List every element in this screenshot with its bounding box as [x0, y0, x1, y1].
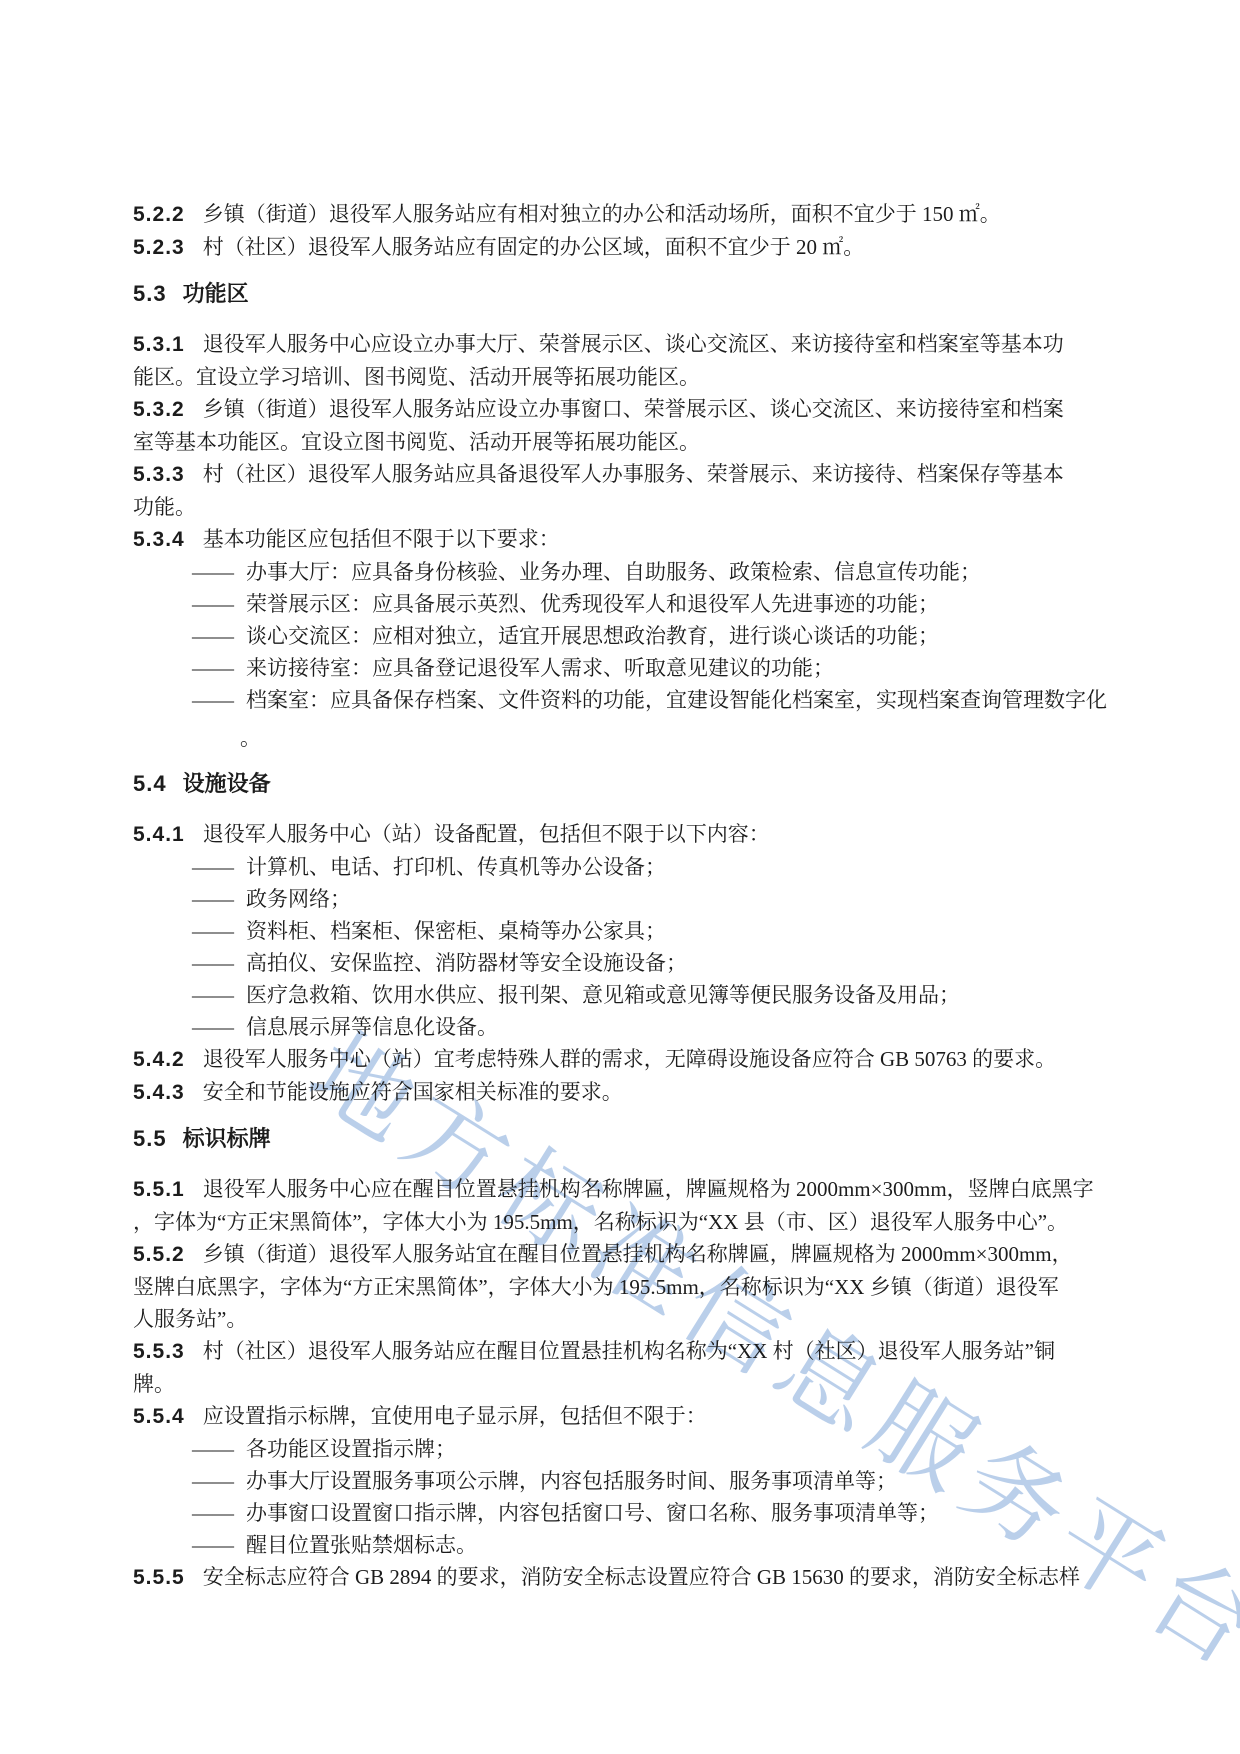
dash-item: ——办事大厅：应具备身份核验、业务办理、自助服务、政策检索、信息宣传功能；	[133, 556, 1130, 588]
dash-item: ——办事窗口设置窗口指示牌，内容包括窗口号、窗口名称、服务事项清单等；	[133, 1497, 1130, 1529]
clause-text: 退役军人服务中心应设立办事大厅、荣誉展示区、谈心交流区、来访接待室和档案室等基本…	[133, 332, 1064, 389]
dash-item: ——政务网络；	[133, 883, 1130, 915]
section-heading-5.4: 5.4设施设备	[133, 768, 1130, 800]
dash-item-text: 政务网络；	[246, 887, 351, 911]
dash-item: ——资料柜、档案柜、保密柜、桌椅等办公家具；	[133, 915, 1130, 947]
dash-item-text: 计算机、电话、打印机、传真机等办公设备；	[246, 855, 666, 879]
clause-text: 乡镇（街道）退役军人服务站应有相对独立的办公和活动场所，面积不宜少于 150 ㎡…	[203, 202, 1001, 226]
dash-item-text: 谈心交流区：应相对独立，适宜开展思想政治教育，进行谈心谈话的功能；	[246, 624, 939, 648]
clause-text: 退役军人服务中心（站）设备配置，包括但不限于以下内容：	[203, 822, 770, 846]
dash-glyph: ——	[192, 560, 234, 584]
dash-item-text: 荣誉展示区：应具备展示英烈、优秀现役军人和退役军人先进事迹的功能；	[246, 592, 939, 616]
dash-glyph: ——	[192, 656, 234, 680]
clause-5.5.4: 5.5.4应设置指示标牌，宜使用电子显示屏，包括但不限于：	[133, 1400, 1130, 1433]
dash-glyph: ——	[192, 919, 234, 943]
clause-text: 乡镇（街道）退役军人服务站宜在醒目位置悬挂机构名称牌匾，牌匾规格为 2000mm…	[133, 1242, 1073, 1331]
clause-number: 5.3.4	[133, 528, 185, 551]
clause-text: 应设置指示标牌，宜使用电子显示屏，包括但不限于：	[203, 1404, 707, 1428]
clause-number: 5.2.3	[133, 236, 185, 259]
dash-glyph: ——	[192, 1437, 234, 1461]
section-title: 设施设备	[183, 771, 271, 796]
dash-item: ——来访接待室：应具备登记退役军人需求、听取意见建议的功能；	[133, 652, 1130, 684]
clause-5.2.3: 5.2.3村（社区）退役军人服务站应有固定的办公区域，面积不宜少于 20 ㎡。	[133, 231, 1130, 264]
clause-number: 5.5.1	[133, 1178, 185, 1201]
clause-number: 5.5.2	[133, 1243, 185, 1266]
clause-text: 村（社区）退役军人服务站应在醒目位置悬挂机构名称为“XX 村（社区）退役军人服务…	[133, 1339, 1055, 1396]
dash-glyph: ——	[192, 1533, 234, 1557]
dash-item: ——计算机、电话、打印机、传真机等办公设备；	[133, 851, 1130, 883]
dash-glyph: ——	[192, 592, 234, 616]
dash-glyph: ——	[192, 688, 234, 712]
clause-5.3.3: 5.3.3村（社区）退役军人服务站应具备退役军人办事服务、荣誉展示、来访接待、档…	[133, 458, 1130, 523]
dash-glyph: ——	[192, 1469, 234, 1493]
clause-5.3.4: 5.3.4基本功能区应包括但不限于以下要求：	[133, 523, 1130, 556]
clause-number: 5.3.2	[133, 398, 185, 421]
clause-text: 安全和节能设施应符合国家相关标准的要求。	[203, 1080, 623, 1104]
dash-item: ——醒目位置张贴禁烟标志。	[133, 1529, 1130, 1561]
dash-glyph: ——	[192, 855, 234, 879]
dash-item: ——信息展示屏等信息化设备。	[133, 1011, 1130, 1043]
clause-text: 基本功能区应包括但不限于以下要求：	[203, 527, 560, 551]
dash-glyph: ——	[192, 887, 234, 911]
dash-item: ——办事大厅设置服务事项公示牌，内容包括服务时间、服务事项清单等；	[133, 1465, 1130, 1497]
dash-item: ——谈心交流区：应相对独立，适宜开展思想政治教育，进行谈心谈话的功能；	[133, 620, 1130, 652]
clause-number: 5.3.3	[133, 463, 185, 486]
clause-5.5.3: 5.5.3村（社区）退役军人服务站应在醒目位置悬挂机构名称为“XX 村（社区）退…	[133, 1335, 1130, 1400]
clause-number: 5.4.2	[133, 1048, 185, 1071]
clause-5.4.2: 5.4.2退役军人服务中心（站）宜考虑特殊人群的需求，无障碍设施设备应符合 GB…	[133, 1043, 1130, 1076]
clause-5.4.1: 5.4.1退役军人服务中心（站）设备配置，包括但不限于以下内容：	[133, 818, 1130, 851]
clause-text: 退役军人服务中心（站）宜考虑特殊人群的需求，无障碍设施设备应符合 GB 5076…	[203, 1047, 1056, 1071]
dash-glyph: ——	[192, 1501, 234, 1525]
dash-glyph: ——	[192, 624, 234, 648]
dash-glyph: ——	[192, 983, 234, 1007]
document-page: 地方标准信息服务平台 5.2.2乡镇（街道）退役军人服务站应有相对独立的办公和活…	[0, 0, 1240, 1754]
clause-number: 5.5.4	[133, 1405, 185, 1428]
document-content: 5.2.2乡镇（街道）退役军人服务站应有相对独立的办公和活动场所，面积不宜少于 …	[0, 0, 1240, 1594]
dash-glyph: ——	[192, 1015, 234, 1039]
dash-item: ——档案室：应具备保存档案、文件资料的功能，宜建设智能化档案室，实现档案查询管理…	[133, 684, 1130, 716]
clause-5.5.2: 5.5.2乡镇（街道）退役军人服务站宜在醒目位置悬挂机构名称牌匾，牌匾规格为 2…	[133, 1238, 1130, 1335]
dash-item-text: 办事大厅设置服务事项公示牌，内容包括服务时间、服务事项清单等；	[246, 1469, 897, 1493]
dash-item-text: 来访接待室：应具备登记退役军人需求、听取意见建议的功能；	[246, 656, 834, 680]
dash-item-text: 办事窗口设置窗口指示牌，内容包括窗口号、窗口名称、服务事项清单等；	[246, 1501, 939, 1525]
dash-item: ——荣誉展示区：应具备展示英烈、优秀现役军人和退役军人先进事迹的功能；	[133, 588, 1130, 620]
dash-item-text: 信息展示屏等信息化设备。	[246, 1015, 498, 1039]
clause-text: 村（社区）退役军人服务站应有固定的办公区域，面积不宜少于 20 ㎡。	[203, 235, 865, 259]
section-number: 5.5	[133, 1126, 167, 1151]
clause-text: 村（社区）退役军人服务站应具备退役军人办事服务、荣誉展示、来访接待、档案保存等基…	[133, 462, 1064, 519]
dash-item-text: 醒目位置张贴禁烟标志。	[246, 1533, 477, 1557]
section-heading-5.5: 5.5标识标牌	[133, 1123, 1130, 1155]
dash-item: ——高拍仪、安保监控、消防器材等安全设施设备；	[133, 947, 1130, 979]
clause-text: 乡镇（街道）退役军人服务站应设立办事窗口、荣誉展示区、谈心交流区、来访接待室和档…	[133, 397, 1064, 454]
clause-5.3.1: 5.3.1退役军人服务中心应设立办事大厅、荣誉展示区、谈心交流区、来访接待室和档…	[133, 328, 1130, 393]
section-title: 标识标牌	[183, 1126, 271, 1151]
section-heading-5.3: 5.3功能区	[133, 278, 1130, 310]
dash-item: ——医疗急救箱、饮用水供应、报刊架、意见箱或意见簿等便民服务设备及用品；	[133, 979, 1130, 1011]
section-number: 5.4	[133, 771, 167, 796]
clause-number: 5.2.2	[133, 203, 185, 226]
dash-item-text: 医疗急救箱、饮用水供应、报刊架、意见箱或意见簿等便民服务设备及用品；	[246, 983, 960, 1007]
dash-item-text: 档案室：应具备保存档案、文件资料的功能，宜建设智能化档案室，实现档案查询管理数字…	[246, 688, 1107, 712]
clause-number: 5.4.1	[133, 823, 185, 846]
section-number: 5.3	[133, 281, 167, 306]
clause-5.5.1: 5.5.1退役军人服务中心应在醒目位置悬挂机构名称牌匾，牌匾规格为 2000mm…	[133, 1173, 1130, 1238]
section-title: 功能区	[183, 281, 249, 306]
clause-text: 退役军人服务中心应在醒目位置悬挂机构名称牌匾，牌匾规格为 2000mm×300m…	[133, 1177, 1094, 1234]
dash-item-text: 高拍仪、安保监控、消防器材等安全设施设备；	[246, 951, 687, 975]
clause-text: 安全标志应符合 GB 2894 的要求，消防安全标志设置应符合 GB 15630…	[203, 1565, 1080, 1589]
dash-glyph: ——	[192, 951, 234, 975]
clause-number: 5.5.5	[133, 1566, 185, 1589]
dash-item-text: 资料柜、档案柜、保密柜、桌椅等办公家具；	[246, 919, 666, 943]
clause-number: 5.4.3	[133, 1081, 185, 1104]
clause-5.3.2: 5.3.2乡镇（街道）退役军人服务站应设立办事窗口、荣誉展示区、谈心交流区、来访…	[133, 393, 1130, 458]
dash-item-text: 各功能区设置指示牌；	[246, 1437, 456, 1461]
continuation-line: 。	[133, 722, 1130, 754]
clause-number: 5.3.1	[133, 333, 185, 356]
clause-number: 5.5.3	[133, 1340, 185, 1363]
clause-5.2.2: 5.2.2乡镇（街道）退役军人服务站应有相对独立的办公和活动场所，面积不宜少于 …	[133, 198, 1130, 231]
dash-item-text: 办事大厅：应具备身份核验、业务办理、自助服务、政策检索、信息宣传功能；	[246, 560, 981, 584]
clause-5.4.3: 5.4.3安全和节能设施应符合国家相关标准的要求。	[133, 1076, 1130, 1109]
clause-5.5.5: 5.5.5安全标志应符合 GB 2894 的要求，消防安全标志设置应符合 GB …	[133, 1561, 1130, 1594]
dash-item: ——各功能区设置指示牌；	[133, 1433, 1130, 1465]
